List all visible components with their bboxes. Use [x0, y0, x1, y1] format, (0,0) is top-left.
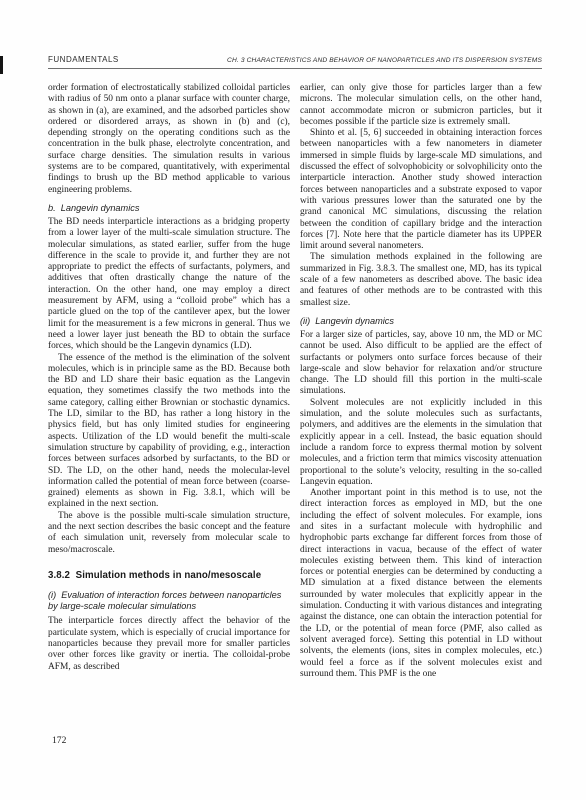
paragraph: The essence of the method is the elimina…	[48, 353, 290, 511]
paragraph: The interparticle forces directly affect…	[48, 616, 290, 672]
paragraph: Solvent molecules are not explicitly inc…	[300, 398, 542, 488]
page-number: 172	[52, 735, 66, 746]
paragraph: Shinto et al. [5, 6] succeeded in obtain…	[300, 128, 542, 252]
paragraph: Another important point in this method i…	[300, 488, 542, 680]
paragraph: The simulation methods explained in the …	[300, 252, 542, 308]
running-head-left: FUNDAMENTALS	[48, 55, 119, 64]
subsection-heading-evaluation-i: (i) Evaluation of interaction forces bet…	[48, 590, 290, 612]
page-header: FUNDAMENTALS CH. 3 CHARACTERISTICS AND B…	[48, 55, 542, 64]
book-page: FUNDAMENTALS CH. 3 CHARACTERISTICS AND B…	[0, 0, 586, 800]
subsection-heading-langevin-dynamics-b: b. Langevin dynamics	[48, 203, 290, 214]
paragraph: The above is the possible multi-scale si…	[48, 511, 290, 556]
paragraph: For a larger size of particles, say, abo…	[300, 330, 542, 398]
paragraph: order formation of electrostatically sta…	[48, 83, 290, 196]
paragraph: earlier, can only give those for particl…	[300, 83, 542, 128]
scan-artifact	[0, 56, 3, 74]
section-heading-3-8-2: 3.8.2 Simulation methods in nano/mesosca…	[48, 570, 290, 582]
text-columns: order formation of electrostatically sta…	[48, 83, 542, 680]
left-column: order formation of electrostatically sta…	[48, 83, 290, 680]
paragraph: The BD needs interparticle interactions …	[48, 217, 290, 353]
right-column: earlier, can only give those for particl…	[300, 83, 542, 680]
running-head-right: CH. 3 CHARACTERISTICS AND BEHAVIOR OF NA…	[227, 57, 542, 64]
header-rule	[48, 68, 542, 69]
subsection-heading-langevin-dynamics-ii: (ii) Langevin dynamics	[300, 316, 542, 327]
